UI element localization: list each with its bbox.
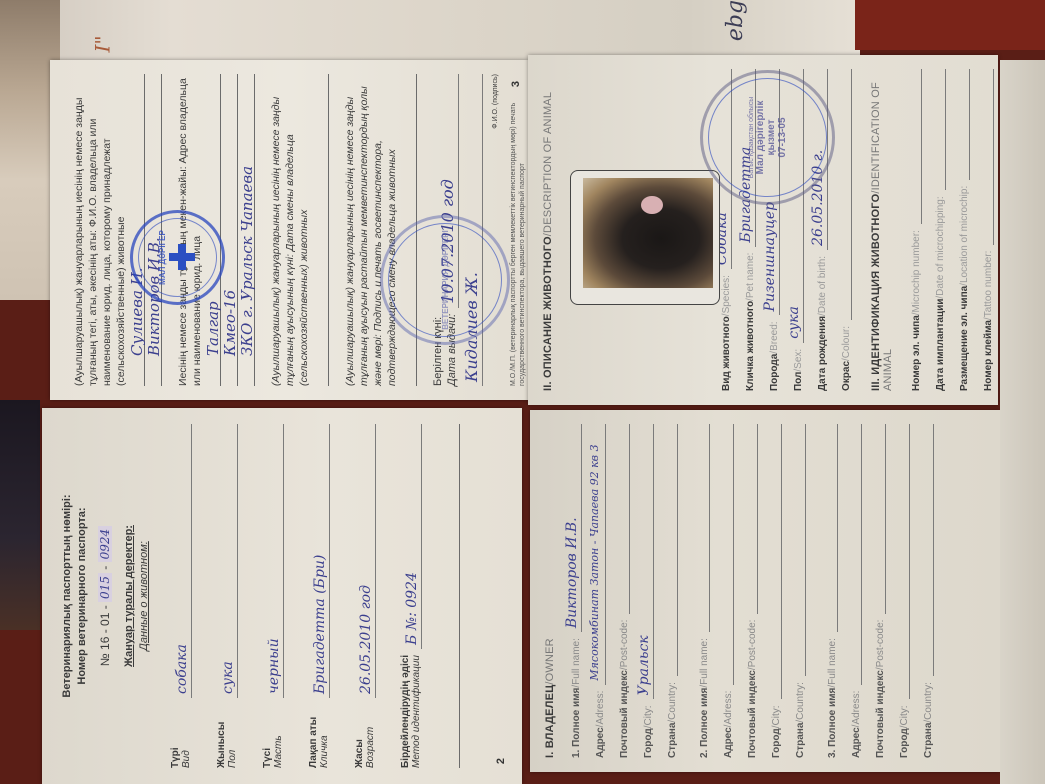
owner-change-date-block: (Ауылшаруашылық) жануарларының иесінің н… xyxy=(269,74,329,386)
ident-microchip-date-label-ru: Дата имплантации xyxy=(935,299,946,391)
district-vet-stamp: Батыс Қазақстан облысы Мал дәрігерлік қы… xyxy=(700,70,835,205)
owner-2-name-label-en: /Full name: xyxy=(699,638,710,687)
field-identification-label-kz: Бірдейлендірудің әдісі xyxy=(400,655,411,768)
field-species-value: собака xyxy=(174,424,192,698)
owner-2-postcode-label: Почтовый индекс xyxy=(747,670,758,758)
owner-2-country-label-en: /Country: xyxy=(795,682,806,723)
background-dark-object xyxy=(0,400,40,630)
owner-3-country-label-en: /Country: xyxy=(923,682,934,723)
desc-petname-label-en: /Pet name: xyxy=(745,253,756,301)
dog-ear xyxy=(641,196,663,214)
vet-stamp-faded: ВЕТЕРИНАРИЯ ДӘРІГЕРІ xyxy=(380,215,510,345)
owner-title-en: /OWNER xyxy=(544,638,556,684)
issuer-fio-caption: Ф.И.О. (подпись) xyxy=(489,74,503,386)
owner-2-name-value xyxy=(692,424,710,632)
field-identification-value: Б №: 0924 xyxy=(404,424,422,649)
owner-title-ru: I. ВЛАДЕЛЕЦ xyxy=(544,685,556,758)
owner-1: 1. Полное имя/Full name:Викторов И.В. Ад… xyxy=(564,424,678,758)
owner-3-country-value xyxy=(916,424,934,676)
animal-data-heading: Жануар туралы деректер: Данные о животно… xyxy=(122,424,152,768)
desc-sex-label-en: /Sex: xyxy=(793,349,804,372)
next-page-edge xyxy=(1000,60,1045,784)
field-age: ЖасыВозраст 26.05.2010 год xyxy=(354,424,376,768)
inspector-signature-label: (Ауылшаруашылық) жануарларының иесінің н… xyxy=(343,74,399,386)
field-sex: ЖынысыПол сука xyxy=(216,424,238,768)
owner-3: 3. Полное имя/Full name: Адрес/Adress: П… xyxy=(820,424,934,758)
vet-stamp-blue: МАЛ ДӘРІГЕР xyxy=(130,210,225,305)
ident-location-label-en: /Location of microchip: xyxy=(959,186,970,286)
owner-1-name-label: Полное имя xyxy=(571,688,582,747)
passport-number-label-kz: Ветеринариялық паспорттың нөмірі: xyxy=(60,424,75,768)
passport-number-label-ru: Номер ветеринарного паспорта: xyxy=(75,424,90,768)
vet-stamp-blue-text: МАЛ ДӘРІГЕР xyxy=(158,230,167,285)
owner-2-address-label-en: /Adress: xyxy=(723,691,734,728)
desc-sex-label-ru: Пол xyxy=(793,372,804,391)
ident-tattoo-value xyxy=(976,69,994,245)
stamp-caption: М.О./М.П. (ветеринарлық паспортты берген… xyxy=(509,74,527,386)
field-species-label-kz: Түрі xyxy=(170,747,181,768)
owner-3-address-label-en: /Adress: xyxy=(851,691,862,728)
description-title-en: /DESCRIPTION OF ANIMAL xyxy=(542,92,554,236)
owner-3-city-label: Город xyxy=(899,728,910,758)
field-sex-label-ru: Пол xyxy=(227,750,238,768)
field-species: ТүріВид собака xyxy=(170,424,192,768)
ident-tattoo-label-en: /Tattoo number: xyxy=(983,251,994,320)
owner-2-country-value xyxy=(788,424,806,676)
field-identification-method: Бірдейлендірудің әдісіМетод идентификаци… xyxy=(400,424,422,768)
owner-2-index: 2. xyxy=(699,750,710,758)
background-scribble: ebg xyxy=(723,0,748,41)
identification-section-title: III. ИДЕНТИФИКАЦИЯ ЖИВОТНОГО/IDENTIFICAT… xyxy=(870,69,894,391)
ident-field-microchip-date: Дата имплантации/Date of microchipping: xyxy=(928,69,946,391)
description-section-title: II. ОПИСАНИЕ ЖИВОТНОГО/DESCRIPTION OF AN… xyxy=(542,69,554,391)
animal-data-title-kz: Жануар туралы деректер: xyxy=(122,424,137,768)
owner-1-postcode-label-en: /Post-code: xyxy=(619,620,630,671)
field-nickname-label-ru: Кличка xyxy=(319,735,330,768)
owner-change-date-label: (Ауылшаруашылық) жануарларының иесінің н… xyxy=(269,74,311,386)
animal-data-fields: ТүріВид собака ЖынысыПол сука ТүсіМасть … xyxy=(170,424,460,768)
desc-field-colour: Окрас/Colour: xyxy=(834,69,852,391)
owner-2: 2. Полное имя/Full name: Адрес/Adress: П… xyxy=(692,424,806,758)
field-age-value: 26.05.2010 год xyxy=(358,424,376,698)
owner-1-address-value: Мясокомбинат Затон - Чапаева 92 кв 3 xyxy=(588,424,606,685)
desc-breed-label-ru: Порода xyxy=(769,354,780,391)
vet-stamp-faded-text: ВЕТЕРИНАРИЯ ДӘРІГЕРІ xyxy=(441,230,450,330)
owner-3-name-value xyxy=(820,424,838,632)
owner-1-country-label: Страна xyxy=(667,723,678,758)
owner-address-value-3: ЗКО г. Уральск Чапаева xyxy=(240,74,255,386)
field-colour-label-kz: Түсі xyxy=(262,748,273,768)
owner-2-address-value xyxy=(716,424,734,685)
animal-photo xyxy=(583,178,713,288)
ident-microchip-label-ru: Номер эл. чипа xyxy=(911,315,922,391)
field-nickname: Лақап атыКличка Бригадетта (Бри) xyxy=(308,424,330,768)
owner-2-name-label: Полное имя xyxy=(699,688,710,747)
owner-3-name-label-en: /Full name: xyxy=(827,638,838,687)
owner-1-city-label-en: /City: xyxy=(643,706,654,729)
field-colour-label-ru: Масть xyxy=(273,735,284,768)
owner-2-city-label: Город xyxy=(771,728,782,758)
stamp-line-3: қызмет xyxy=(766,120,777,156)
desc-dob-label-en: /Date of birth: xyxy=(817,256,828,316)
field-nickname-label-kz: Лақап аты xyxy=(308,717,319,768)
desc-colour-label-ru: Окрас xyxy=(841,361,852,391)
owner-2-postcode-value xyxy=(740,424,758,614)
owner-1-postcode-label: Почтовый индекс xyxy=(619,670,630,758)
stamp-ring-text: Батыс Қазақстан облысы xyxy=(748,97,755,179)
desc-dob-label-ru: Дата рождения xyxy=(817,316,828,391)
field-colour-value: черный xyxy=(266,424,284,698)
owner-change-date-line xyxy=(311,74,329,386)
ident-microchip-date-label-en: /Date of microchipping: xyxy=(935,196,946,298)
ident-location-label-ru: Размещение эл. чипа xyxy=(959,286,970,391)
background-quote-mark: I" xyxy=(91,35,115,52)
desc-colour-label-en: /Colour: xyxy=(841,326,852,361)
owner-1-name-label-en: /Full name: xyxy=(571,638,582,687)
owner-3-address-label: Адрес xyxy=(851,727,862,758)
owner-2-city-label-en: /City: xyxy=(771,706,782,729)
owner-2-city-value xyxy=(764,424,782,700)
desc-petname-label-ru: Кличка животного xyxy=(745,301,756,391)
owner-name-label: (Ауылшаруашылық) жануарларының иесінің н… xyxy=(72,74,128,386)
field-sex-value: сука xyxy=(220,424,238,698)
owner-2-country-label: Страна xyxy=(795,723,806,758)
desc-species-label-en: /Species: xyxy=(721,275,732,316)
ident-field-microchip: Номер эл. чипа/Microchip number: xyxy=(904,69,922,391)
owner-3-address-value xyxy=(844,424,862,685)
owner-3-postcode-value xyxy=(868,424,886,614)
passport-page-owner: I. ВЛАДЕЛЕЦ/OWNER 1. Полное имя/Full nam… xyxy=(530,410,1000,772)
owner-section-title: I. ВЛАДЕЛЕЦ/OWNER xyxy=(544,424,556,758)
passport-page-2: Ветеринариялық паспорттың нөмірі: Номер … xyxy=(42,408,522,784)
passport-number-prefix: № 16 - 01 - xyxy=(98,605,112,666)
background-red-surface xyxy=(855,0,1045,50)
desc-colour-value xyxy=(834,69,852,320)
ident-field-tattoo: Номер клейма/Tattoo number: xyxy=(976,69,994,391)
field-species-label-ru: Вид xyxy=(181,750,192,768)
page-number-2: 2 xyxy=(495,758,507,764)
owner-2-address-label: Адрес xyxy=(723,727,734,758)
owner-1-city-value: Уральск xyxy=(636,424,654,700)
ident-microchip-date-value xyxy=(928,69,946,190)
owner-1-postcode-value xyxy=(612,424,630,614)
owner-address-value-2: Кмео-16 xyxy=(223,74,238,386)
owner-1-address-label-en: /Adress: xyxy=(595,691,606,728)
owner-3-country-label: Страна xyxy=(923,723,934,758)
stamp-line-2: Мал дәрігерлік xyxy=(755,101,766,175)
field-age-label-ru: Возраст xyxy=(365,727,376,768)
ident-microchip-value xyxy=(904,69,922,224)
ident-title-ru: III. ИДЕНТИФИКАЦИЯ ЖИВОТНОГО xyxy=(870,194,882,391)
field-age-label-kz: Жасы xyxy=(354,739,365,768)
desc-species-label-ru: Вид животного xyxy=(721,316,732,391)
owner-3-postcode-label-en: /Post-code: xyxy=(875,620,886,671)
field-identification-label-ru: Метод идентификации xyxy=(411,655,422,768)
owner-1-index: 1. xyxy=(571,750,582,758)
owner-3-city-label-en: /City: xyxy=(899,706,910,729)
page-number-3: 3 xyxy=(510,81,522,87)
medical-cross-icon xyxy=(169,245,195,271)
owner-1-country-label-en: /Country: xyxy=(667,682,678,723)
owner-1-country-value xyxy=(660,424,678,676)
field-nickname-value: Бригадетта (Бри) xyxy=(312,424,330,698)
ident-field-microchip-location: Размещение эл. чипа/Location of microchi… xyxy=(952,69,970,391)
passport-number-heading: Ветеринариялық паспорттың нөмірі: Номер … xyxy=(60,424,90,768)
owner-1-address-label: Адрес xyxy=(595,727,606,758)
owner-1-city-label: Город xyxy=(643,728,654,758)
animal-photo-frame xyxy=(570,170,720,305)
blank-line xyxy=(442,424,460,768)
ident-tattoo-label-ru: Номер клейма xyxy=(983,320,994,391)
owner-3-postcode-label: Почтовый индекс xyxy=(875,670,886,758)
field-colour: ТүсіМасть черный xyxy=(262,424,284,768)
owner-2-postcode-label-en: /Post-code: xyxy=(747,620,758,671)
desc-breed-label-en: /Breed: xyxy=(769,321,780,353)
animal-data-title-ru: Данные о животном: xyxy=(137,424,152,768)
ident-location-value xyxy=(952,69,970,180)
ident-microchip-label-en: /Microchip number: xyxy=(911,230,922,315)
passport-number-part2: 0924 xyxy=(98,526,112,563)
identification-fields: Номер эл. чипа/Microchip number: Дата им… xyxy=(904,69,998,391)
owner-3-index: 3. xyxy=(827,750,838,758)
description-title-ru: II. ОПИСАНИЕ ЖИВОТНОГО xyxy=(542,236,554,391)
passport-number: № 16 - 01 - 015 - 0924 xyxy=(98,424,112,768)
stamp-line-4: 07-13-05 xyxy=(777,117,788,157)
field-sex-label-kz: Жынысы xyxy=(216,722,227,768)
passport-number-part1: 015 xyxy=(98,573,112,602)
owner-1-name-value: Викторов И.В. xyxy=(564,424,582,632)
owner-3-city-value xyxy=(892,424,910,700)
owner-3-name-label: Полное имя xyxy=(827,688,838,747)
